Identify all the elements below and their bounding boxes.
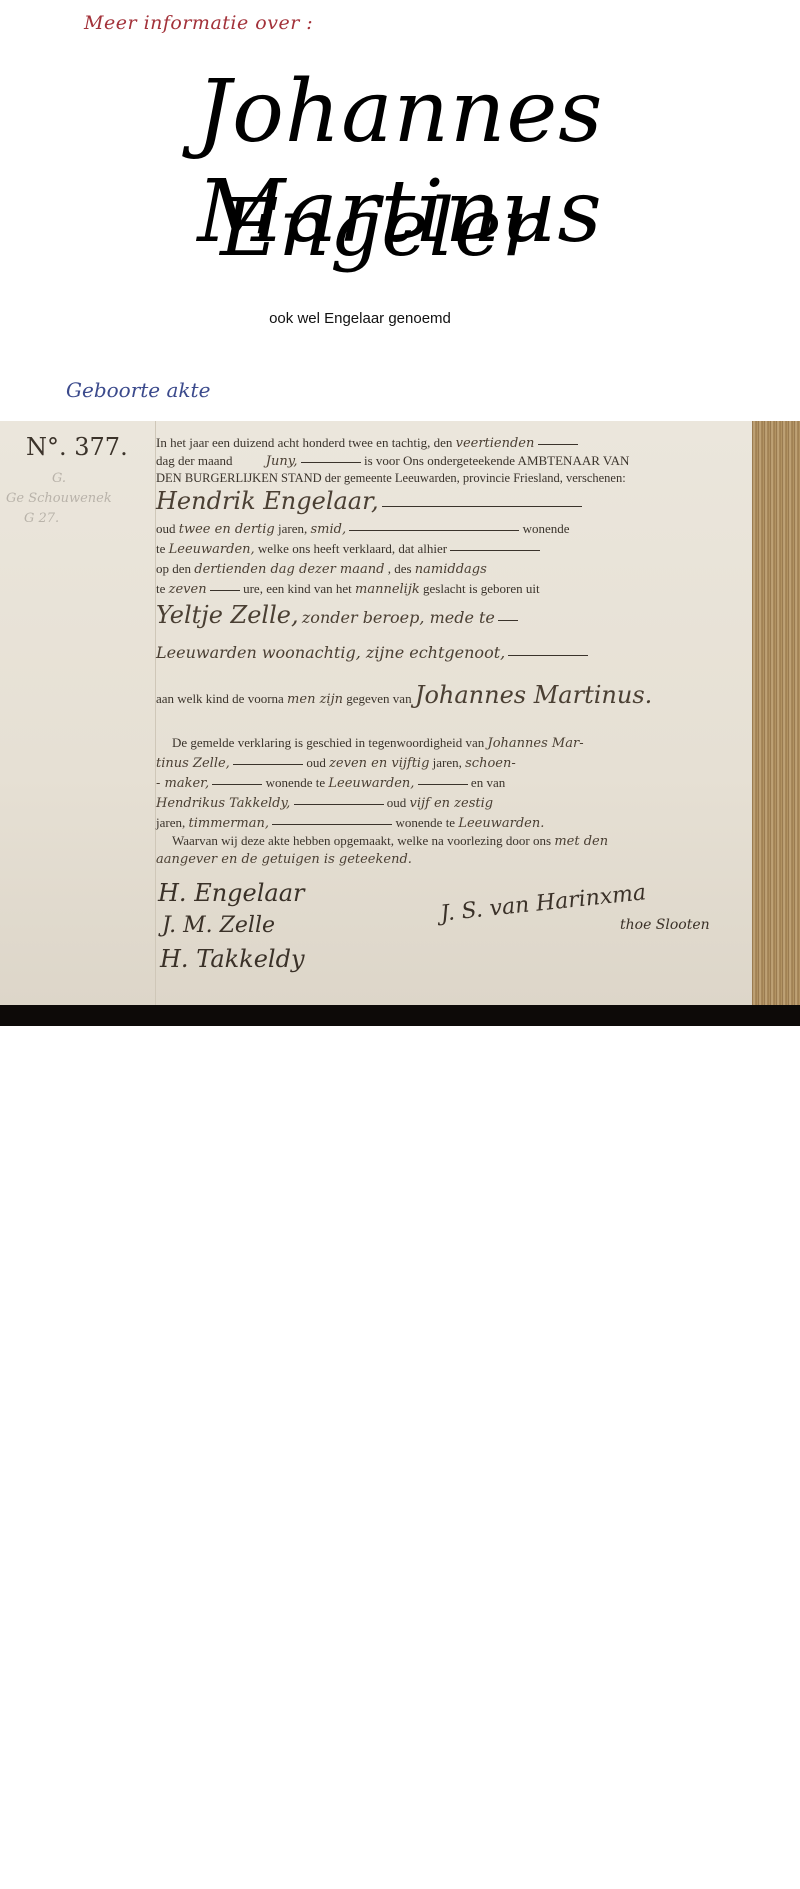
fill-rule	[272, 824, 392, 825]
handwritten-child-name: Johannes Martinus.	[415, 681, 652, 709]
handwritten-text: namiddags	[415, 562, 487, 577]
handwritten-text: schoen-	[465, 756, 516, 771]
handwritten-text: zeven en vijftig	[329, 756, 429, 771]
record-line: DEN BURGERLIJKEN STAND der gemeente Leeu…	[156, 471, 736, 486]
record-line: te Leeuwarden, welke ons heeft verklaard…	[156, 541, 736, 557]
alias-note: ook wel Engelaar genoemd	[0, 310, 720, 327]
record-line: Hendrik Engelaar,	[156, 487, 736, 515]
handwritten-text: Juny,	[266, 454, 298, 469]
record-line: De gemelde verklaring is geschied in teg…	[156, 735, 736, 751]
printed-text: oud	[306, 755, 326, 770]
printed-text: , des	[388, 561, 412, 576]
signature-father: H. Engelaar	[158, 879, 305, 907]
handwritten-text: - maker,	[156, 776, 209, 791]
section-title: Geboorte akte	[66, 378, 210, 402]
fill-rule	[212, 784, 262, 785]
fill-rule	[498, 620, 518, 621]
printed-text: aan welk kind de voorna	[156, 691, 284, 706]
handwritten-father-name: Hendrik Engelaar,	[156, 487, 379, 515]
printed-text: ure, een kind van het	[243, 581, 352, 596]
handwritten-text: mannelijk	[355, 582, 420, 597]
fill-rule	[233, 764, 303, 765]
fill-rule	[210, 590, 240, 591]
handwritten-text: Johannes Mar-	[488, 736, 584, 751]
printed-text: wonende te	[266, 775, 326, 790]
record-number: N°. 377.	[26, 433, 128, 461]
handwritten-text: vijf en zestig	[410, 796, 494, 811]
record-line: Yeltje Zelle, zonder beroep, mede te	[156, 601, 736, 629]
printed-text: jaren,	[156, 815, 185, 830]
signature-official-title: thoe Slooten	[620, 917, 710, 933]
handwritten-text: zonder beroep, mede te	[302, 608, 495, 627]
printed-text: wonende	[523, 521, 570, 536]
fill-rule	[294, 804, 384, 805]
fill-rule	[382, 506, 582, 507]
record-line: te zeven ure, een kind van het mannelijk…	[156, 581, 736, 597]
margin-note-1: G.	[52, 471, 66, 486]
intro-heading: Meer informatie over :	[84, 12, 313, 34]
printed-text: dag der maand	[156, 453, 233, 468]
margin-note-3: G 27.	[24, 511, 59, 526]
handwritten-text: twee en dertig	[179, 522, 275, 537]
fill-rule	[538, 444, 578, 445]
record-line: jaren, timmerman, wonende te Leeuwarden.	[156, 815, 736, 831]
margin-note-2: Ge Schouwenek	[6, 491, 112, 506]
handwritten-text: smid,	[311, 522, 347, 537]
record-line: oud twee en dertig jaren, smid, wonende	[156, 521, 736, 537]
printed-text: gegeven van	[346, 691, 411, 706]
record-line: aan welk kind de voorna men zijn gegeven…	[156, 681, 736, 709]
signature-witness-2: H. Takkeldy	[160, 945, 305, 973]
printed-text: oud	[387, 795, 407, 810]
record-line: Waarvan wij deze akte hebben opgemaakt, …	[156, 833, 736, 849]
printed-text: te	[156, 581, 165, 596]
printed-text: op den	[156, 561, 191, 576]
record-line: Leeuwarden woonachtig, zijne echtgenoot,	[156, 643, 736, 662]
handwritten-text: Leeuwarden.	[458, 816, 544, 831]
record-line: aangever en de getuigen is geteekend.	[156, 851, 736, 867]
handwritten-text: Leeuwarden,	[169, 542, 255, 557]
person-name-line2: Engeler	[0, 178, 800, 278]
fill-rule	[418, 784, 468, 785]
handwritten-text: met den	[554, 834, 608, 849]
record-line: - maker, wonende te Leeuwarden, en van	[156, 775, 736, 791]
fill-rule	[349, 530, 519, 531]
record-line: In het jaar een duizend acht honderd twe…	[156, 435, 736, 451]
printed-text: geslacht is geboren uit	[423, 581, 540, 596]
fill-rule	[508, 655, 588, 656]
birth-record-scan: N°. 377. G. Ge Schouwenek G 27. In het j…	[0, 421, 800, 1026]
fill-rule	[450, 550, 540, 551]
handwritten-text: zeven	[169, 582, 207, 597]
handwritten-text: Hendrikus Takkeldy,	[156, 796, 290, 811]
printed-text: oud	[156, 521, 176, 536]
scan-bottom-border	[0, 1005, 800, 1026]
handwritten-text: timmerman,	[188, 816, 269, 831]
handwritten-mother-name: Yeltje Zelle,	[156, 601, 299, 629]
printed-text: wonende te	[396, 815, 456, 830]
handwritten-text: aangever en de getuigen is geteekend.	[156, 852, 412, 867]
handwritten-text: dertienden dag dezer maand	[194, 562, 384, 577]
printed-text: In het jaar een duizend acht honderd twe…	[156, 435, 452, 450]
printed-text: te	[156, 541, 165, 556]
record-line: dag der maand Juny, is voor Ons onderget…	[156, 453, 736, 469]
record-line: Hendrikus Takkeldy, oud vijf en zestig	[156, 795, 736, 811]
printed-text: Waarvan wij deze akte hebben opgemaakt, …	[172, 833, 551, 848]
printed-text: jaren,	[278, 521, 307, 536]
printed-text: De gemelde verklaring is geschied in teg…	[172, 735, 484, 750]
printed-text: is voor Ons ondergeteekende AMBTENAAR VA…	[364, 453, 629, 468]
handwritten-text: Leeuwarden woonachtig, zijne echtgenoot,	[156, 643, 505, 662]
printed-text: en van	[471, 775, 505, 790]
record-line: tinus Zelle, oud zeven en vijftig jaren,…	[156, 755, 736, 771]
handwritten-text: men zijn	[287, 692, 343, 707]
record-line: op den dertienden dag dezer maand , des …	[156, 561, 736, 577]
printed-text: jaren,	[433, 755, 462, 770]
handwritten-text: veertienden	[456, 436, 535, 451]
fill-rule	[301, 462, 361, 463]
handwritten-text: Leeuwarden,	[328, 776, 414, 791]
printed-text: welke ons heeft verklaard, dat alhier	[258, 541, 447, 556]
book-page-edges	[752, 421, 800, 1005]
printed-text: DEN BURGERLIJKEN STAND der gemeente Leeu…	[156, 471, 626, 485]
handwritten-text: tinus Zelle,	[156, 756, 230, 771]
signature-witness-1: J. M. Zelle	[162, 913, 275, 938]
